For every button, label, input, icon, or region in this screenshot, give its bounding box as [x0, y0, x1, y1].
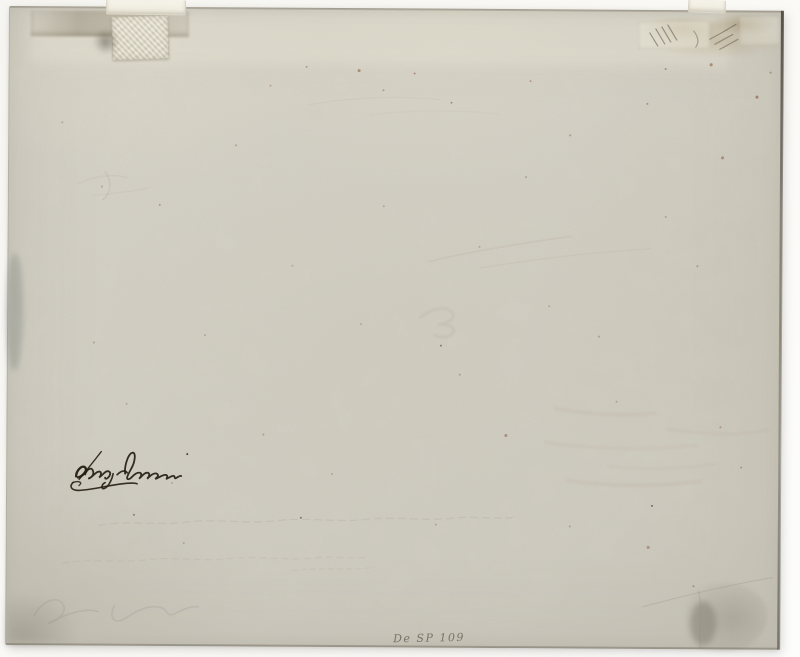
foxing-speck — [740, 466, 742, 468]
foxing-speck — [61, 121, 63, 123]
foxing-speck — [651, 505, 653, 507]
foxing-speck — [183, 542, 185, 544]
inventory-number: De SP 109 — [393, 631, 465, 645]
foxing-speck — [525, 176, 527, 178]
foxing-speck — [204, 334, 206, 336]
tape-tab-top-right — [688, 0, 726, 14]
foxing-speck — [569, 525, 571, 527]
scan-background: De SP 109 — [0, 0, 800, 657]
foxing-speck — [93, 342, 95, 344]
foxing-speck — [360, 323, 362, 325]
foxing-speck — [159, 204, 161, 206]
foxing-speck — [647, 546, 650, 549]
foxing-speck — [479, 246, 481, 248]
foxing-speck — [755, 96, 758, 99]
foxing-speck — [530, 80, 532, 82]
foxing-speck — [646, 103, 648, 105]
foxing-speck — [235, 144, 237, 146]
foxing-speck — [101, 186, 103, 188]
foxing-speck — [440, 345, 442, 347]
foxing-speck — [382, 89, 384, 91]
foxing-speck — [504, 434, 507, 437]
foxing-speck — [719, 426, 721, 428]
ink-signature — [65, 441, 201, 498]
foxing-speck — [665, 216, 667, 218]
foxing-layer — [6, 7, 782, 649]
foxing-speck — [598, 336, 600, 338]
foxing-speck — [126, 403, 128, 405]
foxing-speck — [692, 585, 694, 587]
foxing-speck — [331, 473, 333, 475]
foxing-speck — [696, 265, 698, 267]
foxing-speck — [414, 72, 416, 74]
tape-tab-top-left — [106, 0, 186, 16]
foxing-speck — [306, 66, 308, 68]
foxing-speck — [770, 72, 772, 74]
foxing-speck — [616, 401, 618, 403]
foxing-speck — [459, 374, 461, 376]
foxing-speck — [133, 514, 135, 516]
foxing-speck — [450, 102, 452, 104]
foxing-speck — [300, 517, 302, 519]
foxing-speck — [262, 434, 264, 436]
foxing-speck — [358, 69, 361, 72]
foxing-speck — [665, 68, 667, 70]
foxing-speck — [383, 205, 385, 207]
foxing-speck — [721, 156, 724, 159]
foxing-speck — [291, 265, 293, 267]
foxing-speck — [435, 524, 437, 526]
foxing-speck — [270, 85, 272, 87]
foxing-speck — [710, 63, 713, 66]
foxing-speck — [569, 134, 571, 136]
foxing-speck — [548, 305, 550, 307]
paper-sheet: De SP 109 — [5, 6, 783, 650]
